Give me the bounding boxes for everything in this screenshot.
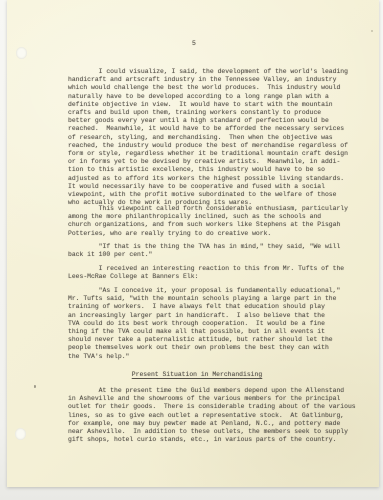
scan-background: 5 I could visualize, I said, the develop… — [0, 0, 383, 500]
ink-speck — [34, 385, 36, 388]
paragraph-vision: I could visualize, I said, the developme… — [68, 68, 348, 207]
paragraph-tufts-quote: "As I conceive it, your proposal is fund… — [68, 287, 340, 361]
paragraph-quote-backing: "If that is the thing the TVA has in min… — [68, 243, 340, 259]
punch-hole-bottom — [15, 428, 26, 440]
ink-dot — [371, 30, 373, 32]
page-number: 5 — [192, 40, 196, 48]
document-page: 5 I could visualize, I said, the develop… — [7, 0, 379, 487]
punch-hole-top — [16, 47, 27, 59]
paragraph-enthusiasm: This viewpoint called forth considerable… — [68, 205, 348, 238]
paragraph-tufts-intro: I received an interesting reaction to th… — [68, 265, 344, 281]
section-heading: Present Situation in Merchandising — [62, 371, 332, 379]
paragraph-merchandising: At the present time the Guild members de… — [68, 387, 356, 444]
